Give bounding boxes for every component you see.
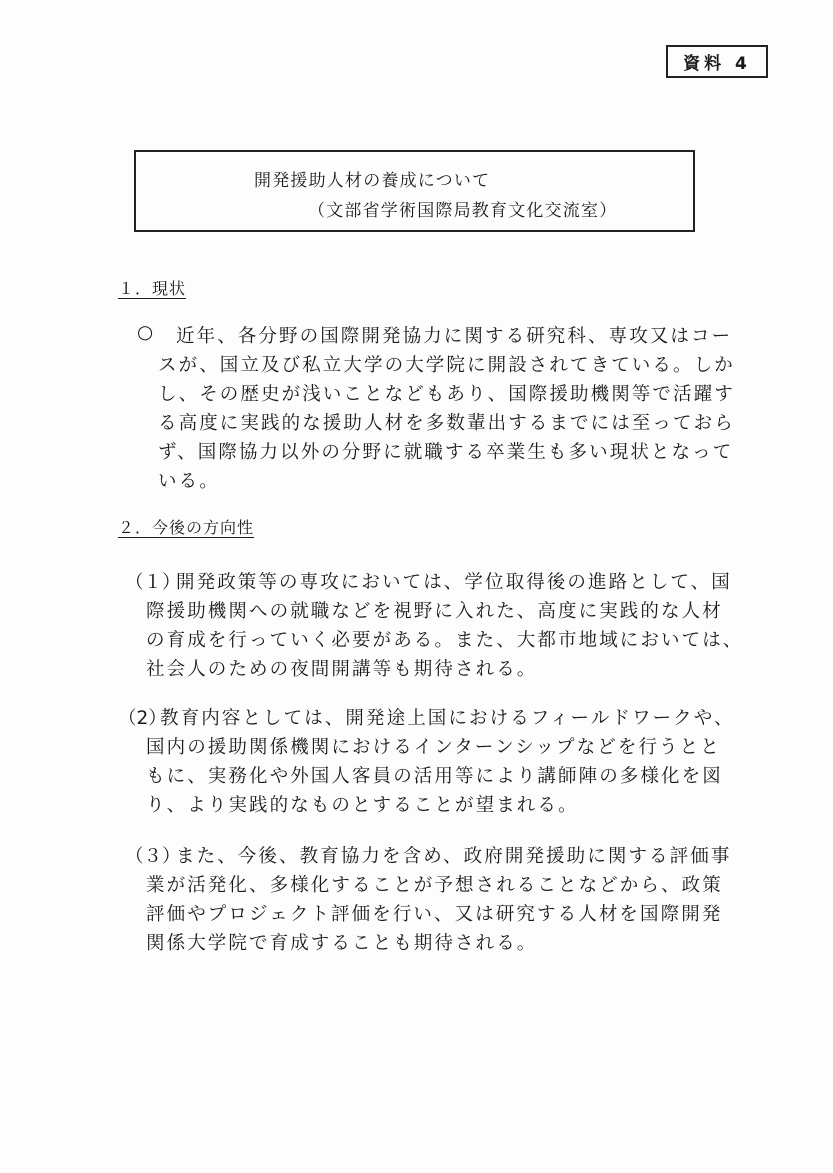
item-marker-1: （１） (125, 568, 181, 594)
paragraph-line: 国内の援助関係機関におけるインターンシップなどを行うとと (146, 733, 735, 762)
paragraph-line: ず、国際協力以外の分野に就職する卒業生も多い現状となって (138, 438, 735, 467)
paragraph-line: 際援助機関への就職などを視野に入れた、高度に実践的な人材 (146, 597, 743, 626)
paragraph-item-3: また、今後、教育協力を含め、政府開発援助に関する評価事 業が活発化、多様化するこ… (176, 842, 731, 958)
document-label-box: 資料 4 (666, 45, 768, 78)
paragraph-item-1: 開発政策等の専攻においては、学位取得後の進路として、国 際援助機関への就職などを… (176, 568, 743, 684)
paragraph-line: 開発政策等の専攻においては、学位取得後の進路として、国 (176, 568, 743, 597)
paragraph-line: スが、国立及び私立大学の大学院に開設されてきている。しか (138, 351, 735, 380)
section-heading-current-status: １．現状 (118, 276, 186, 299)
paragraph-line: もに、実務化や外国人客員の活用等により講師陣の多様化を図 (146, 762, 735, 791)
paragraph-line: 近年、各分野の国際開発協力に関する研究科、専攻又はコー (138, 322, 735, 351)
item-marker-3: （３） (125, 842, 181, 868)
paragraph-line: 評価やプロジェクト評価を行い、又は研究する人材を国際開発 (146, 900, 731, 929)
paragraph-line: 教育内容としては、開発途上国におけるフィールドワークや、 (160, 704, 735, 733)
paragraph-line: り、より実践的なものとすることが望まれる。 (146, 791, 735, 820)
document-label: 資料 4 (683, 49, 751, 74)
paragraph-line: る高度に実践的な援助人材を多数輩出するまでには至っておら (138, 409, 735, 438)
paragraph-line: また、今後、教育協力を含め、政府開発援助に関する評価事 (176, 842, 731, 871)
paragraph-line: 業が活発化、多様化することが予想されることなどから、政策 (146, 871, 731, 900)
paragraph-line: の育成を行っていく必要がある。また、大都市地域においては、 (146, 626, 743, 655)
title-box: 開発援助人材の養成について （文部省学術国際局教育文化交流室） (134, 150, 695, 232)
paragraph-item-2: 教育内容としては、開発途上国におけるフィールドワークや、 国内の援助関係機関にお… (160, 704, 735, 820)
section-heading-future-direction: ２．今後の方向性 (118, 515, 254, 538)
paragraph-line: 関係大学院で育成することも期待される。 (146, 929, 731, 958)
paragraph-line: し、その歴史が浅いことなどもあり、国際援助機関等で活躍す (138, 380, 735, 409)
paragraph-current-status: 近年、各分野の国際開発協力に関する研究科、専攻又はコー スが、国立及び私立大学の… (138, 322, 735, 496)
paragraph-line: 社会人のための夜間開講等も期待される。 (146, 655, 743, 684)
document-page: 資料 4 開発援助人材の養成について （文部省学術国際局教育文化交流室） １．現… (0, 0, 833, 1173)
document-title: 開発援助人材の養成について (254, 166, 490, 191)
paragraph-line: いる。 (138, 467, 735, 496)
document-subtitle: （文部省学術国際局教育文化交流室） (308, 196, 617, 221)
